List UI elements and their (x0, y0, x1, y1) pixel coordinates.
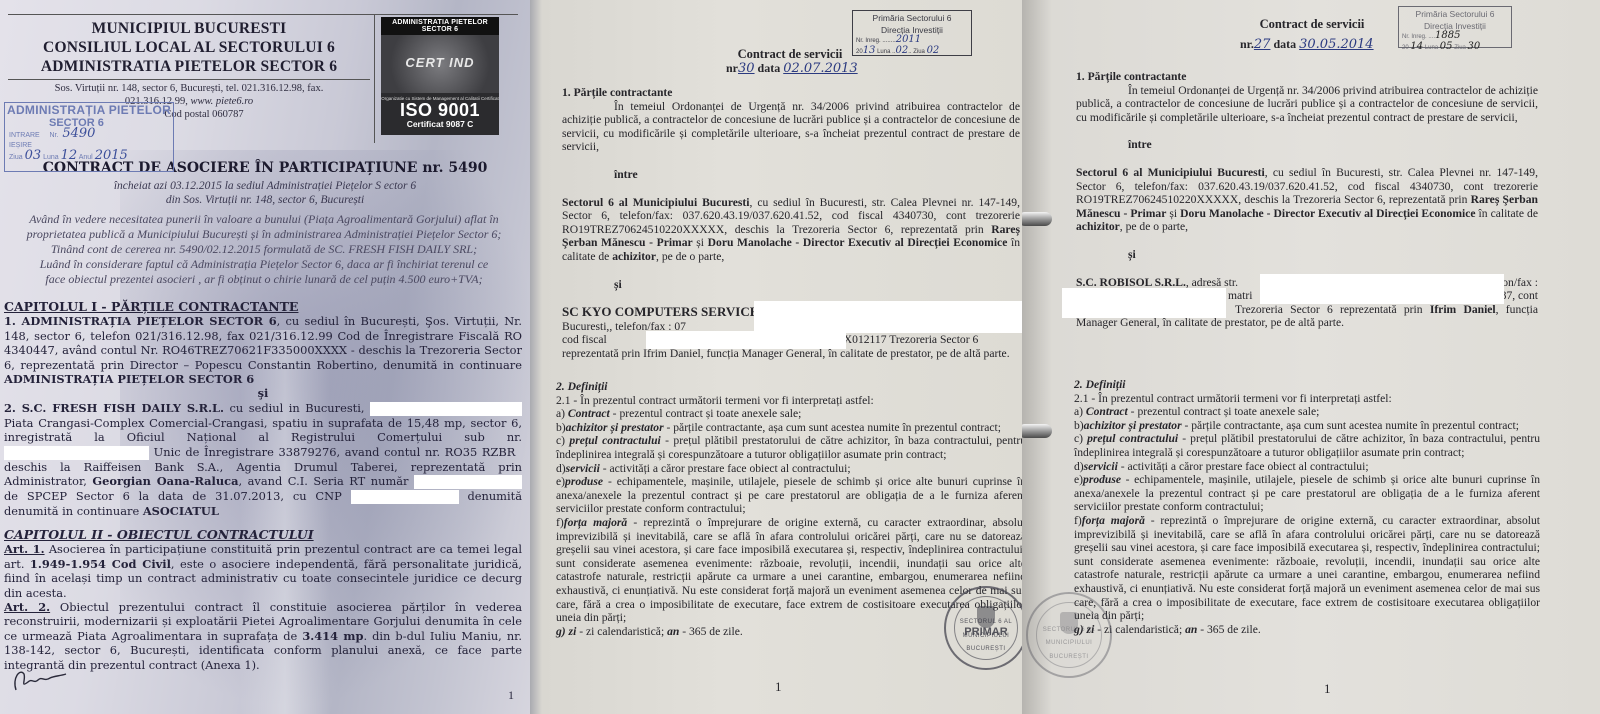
stamp-month-label: Luna (1425, 45, 1438, 51)
badge-standard: ISO 9001 (381, 101, 499, 119)
party-2-representative: Georgian Oana-Raluca (92, 474, 238, 488)
def-text: - 365 de zile. (679, 625, 742, 638)
stamp-year-prefix: 20 (856, 49, 863, 55)
date-label: data (758, 61, 781, 75)
contract-subtitle-place: din Sos. Virtuții nr. 148, sector 6, Buc… (0, 194, 530, 206)
redaction-bar (414, 475, 522, 489)
section-parties: 1. Părțile contractante În temeiul Ordon… (1076, 70, 1538, 330)
party-1-clause: Sectorul 6 al Municipiului Bucuresti, cu… (1076, 166, 1538, 234)
party-1-alias: ADMINISTRAȚIA PIEȚELOR SECTOR 6 (4, 372, 254, 386)
conjunction: şi (4, 386, 522, 400)
preamble-line: Luând în considerare faptul că Administr… (14, 257, 514, 272)
stamp-month-label: Luna (877, 49, 890, 55)
stamp-month: 12 (61, 148, 78, 163)
party-1-clause: Sectorul 6 al Municipiului Bucuresti, cu… (562, 196, 1020, 264)
binder-clip-icon (1022, 424, 1052, 438)
party-2-fiscal-label: cod fiscal (562, 333, 610, 346)
iso-certification-badge: ADMINISTRATIA PIETELOR SECTOR 6 CERT IND… (381, 17, 499, 135)
stamp-nr-label: Nr. Inreg. (1402, 34, 1427, 40)
def-text: - 365 de zile. (1197, 623, 1260, 636)
chapter-1: CAPITOLUL I - PĂRȚILE CONTRACTANTE 1. AD… (4, 300, 522, 518)
def-text: - părțile contractante, așa cum sunt ace… (664, 421, 1001, 434)
definition-item: d)servicii - activități a căror prestare… (1074, 460, 1540, 474)
stamp-line1: Primăria Sectorului 6 (1399, 7, 1511, 19)
def-prefix: e) (1074, 473, 1083, 486)
definition-item: e)produse - echipamentele, mașinile, uti… (556, 475, 1022, 516)
def-term: prețul contractului (1087, 432, 1178, 445)
stamp-day-label: Ziua (913, 49, 925, 55)
stamp-number: 5490 (62, 126, 95, 141)
spacer (520, 446, 522, 460)
def-text: - echipamentele, mașinile, utilajele, pi… (556, 475, 1022, 515)
stamp-in-label: INTRARE (9, 132, 40, 139)
def-prefix: e) (556, 475, 565, 488)
redaction-bar (370, 402, 522, 416)
stamp-year-prefix: 20 (1402, 45, 1409, 51)
party-1-name: Sectorul 6 al Municipiului Bucuresti (562, 196, 750, 209)
party-1-name: Sectorul 6 al Municipiului Bucuresti (1076, 166, 1265, 179)
page-number: 1 (508, 688, 514, 703)
civil-code-ref: 1.949-1.954 Cod Civil (30, 557, 171, 571)
def-term: achizitor și prestator (566, 421, 664, 434)
definition-item: b)achizitor și prestator - părțile contr… (556, 421, 1022, 435)
conjunction: și (1076, 248, 1538, 262)
def-text: - activități a căror prestare face obiec… (600, 462, 851, 475)
def-term: Contract (568, 407, 610, 420)
redaction-bar (646, 331, 846, 349)
date-value: 30.05.2014 (1299, 37, 1373, 52)
service-contract-27-page: Primăria Sectorului 6 Direcția Investiți… (1022, 0, 1600, 714)
area-value: 3.414 mp (302, 629, 363, 643)
preamble: În temeiul Ordonanței de Urgență nr. 34/… (562, 100, 1020, 154)
def-term: servicii (566, 462, 600, 475)
preamble-line: face obiectul prezentei asocieri , ar fi… (14, 272, 514, 287)
section-1-heading: 1. Părțile contractante (1076, 70, 1538, 84)
def-prefix: b) (556, 421, 566, 434)
contract-subtitle-date: încheiat azi 03.12.2015 la sediul Admini… (0, 180, 530, 192)
contract-number: nr30 data 02.07.2013 (726, 62, 858, 76)
article-2-label: Art. 2. (4, 600, 50, 614)
def-text: - echipamentele, mașinile, utilajele, pi… (1074, 473, 1540, 513)
party-2-details: Trezoreria Sector 6 reprezentată prin (1228, 303, 1430, 316)
redaction-bar (351, 490, 459, 504)
nr-value: 30 (738, 61, 755, 76)
address-line: Sos. Virtuții nr. 148, sector 6, Bucureș… (8, 82, 370, 95)
page-number: 1 (775, 680, 782, 694)
def-term: Contract (1086, 405, 1128, 418)
preamble-line: Tinând cont de cererea nr. 5490/02.12.20… (14, 242, 514, 257)
badge-org: ADMINISTRATIA PIETELOR SECTOR 6 (381, 17, 499, 35)
party-2-clause: S.C. ROBISOL S.R.L., adresă str. telefon… (1076, 276, 1538, 330)
section-1-heading: 1. Părțile contractante (562, 86, 1020, 100)
def-term: g) zi (556, 625, 576, 638)
section-2-heading: 2. Definiții (556, 380, 1022, 394)
article-1-label: Art. 1. (4, 542, 45, 556)
director-name: Doru Manolache - Director Executiv al Di… (708, 236, 1008, 249)
website-link: www. piete6.ro (190, 96, 253, 107)
def-prefix: f) (556, 516, 564, 529)
letterhead-line2: CONSILIUL LOCAL AL SECTORULUI 6 (8, 38, 370, 57)
def-term: prețul contractului (569, 434, 660, 447)
def-term: an (1185, 623, 1197, 636)
def-text: - părțile contractante, așa cum sunt ace… (1182, 419, 1519, 432)
chapter-1-heading: CAPITOLUL I - PĂRȚILE CONTRACTANTE (4, 300, 522, 314)
stamp-year: 2015 (95, 148, 128, 163)
party-1-name: 1. ADMINISTRAȚIA PIEȚELOR SECTOR 6 (4, 314, 277, 328)
nr-value: 27 (1254, 37, 1271, 52)
conjunction: și (1166, 207, 1180, 220)
article-2: Art. 2. Obiectul prezentului contract îl… (4, 600, 522, 672)
redaction-bar (754, 301, 1022, 333)
party-2-alias: ASOCIATUL (143, 504, 219, 518)
def-text: - prezentul contract și toate anexele sa… (610, 407, 802, 420)
preamble: Având în vedere necesitatea punerii în v… (14, 212, 514, 287)
definition-item: d)servicii - activități a căror prestare… (556, 462, 1022, 476)
stamp-line1: Primăria Sectorului 6 (853, 11, 971, 23)
badge-logo-text: CERT IND (381, 55, 499, 70)
section-2-heading: 2. Definiții (1074, 378, 1540, 392)
stamp-day: 02 (927, 45, 940, 56)
role-text: , pe de o parte, (1120, 220, 1188, 233)
def-prefix: a) (1074, 405, 1086, 418)
party-2-name: 2. S.C. FRESH FISH DAILY S.R.L. (4, 401, 224, 415)
stamp-month: 02 (895, 45, 908, 56)
def-term: forța majoră (564, 516, 627, 529)
stamp-year: 14 (1410, 41, 1423, 52)
definition-item: a) Contract - prezentul contract și toat… (1074, 405, 1540, 419)
party-2-details: cu sediul in Bucuresti, (224, 401, 370, 415)
stamp-nr-label: Nr. (49, 132, 58, 139)
section-definitions: 2. Definiții 2.1 - În prezentul contract… (556, 380, 1022, 638)
redaction-bar (4, 446, 149, 460)
letterhead-divider (8, 79, 370, 80)
stamp-number: 2011 (896, 34, 921, 45)
registry-stamp: Primăria Sectorului 6 Direcția Investiți… (852, 10, 972, 56)
party-1-role: achizitor (612, 250, 656, 263)
stamp-year-label: Anul (79, 154, 93, 161)
letterhead-line3: ADMINISTRATIA PIETELOR SECTOR 6 (8, 57, 370, 76)
definition-item: b)achizitor și prestator - părțile contr… (1074, 419, 1540, 433)
between-label: între (1076, 138, 1538, 152)
between-label: între (562, 168, 1020, 182)
party-2-clause: 2. S.C. FRESH FISH DAILY S.R.L. cu sediu… (4, 401, 522, 519)
faded-seal-icon: SECTORUL 6 AL MUNICIPIULUI BUCUREȘTI (1026, 592, 1112, 678)
date-label: data (1273, 37, 1296, 51)
association-contract-page: MUNICIPIUL BUCURESTI CONSILIUL LOCAL AL … (0, 0, 530, 714)
redaction-bar (1260, 274, 1504, 304)
definition-item: e)produse - echipamentele, mașinile, uti… (1074, 473, 1540, 514)
seal-ring-text: SECTORUL 6 AL MUNICIPIULUI BUCUREȘTI (946, 616, 1022, 657)
nr-label: nr (726, 61, 738, 75)
def-prefix: c) (556, 434, 569, 447)
contract-number: nr.27 data 30.05.2014 (1240, 38, 1374, 52)
stamp-year: 13 (863, 45, 876, 56)
def-prefix: f) (1074, 514, 1082, 527)
conjunction: și (562, 278, 1020, 292)
party-2-clause: SC KYO COMPUTERS SERVICE SRL, adresă Buc… (562, 305, 1020, 360)
badge-certificate: Certificat 9087 C (381, 119, 499, 129)
def-prefix: d) (556, 462, 566, 475)
letterhead-title: MUNICIPIUL BUCURESTI CONSILIUL LOCAL AL … (8, 15, 370, 76)
def-term: produse (1083, 473, 1121, 486)
registry-stamp: ADMINISTRAȚIA PIETELOR SECTOR 6 INTRARE … (4, 102, 174, 172)
section-parties: 1. Părțile contractante În temeiul Ordon… (562, 86, 1020, 361)
conjunction: și (693, 236, 708, 249)
stamp-day: 03 (25, 148, 42, 163)
article-1: Art. 1. Asocierea în participațiune cons… (4, 542, 522, 600)
party-2-details: Unic de Înregistrare 33879276, avand con… (149, 445, 520, 459)
chapter-2-heading: CAPITOLUL II - OBIECTUL CONTRACTULUI (4, 528, 522, 542)
director-name: Doru Manolache - Director Executiv al Di… (1180, 207, 1475, 220)
certind-logo-icon: CERT IND (381, 35, 499, 93)
party-2-details: Piata Crangasi-Complex Comercial-Crangas… (4, 416, 522, 444)
def-prefix: b) (1074, 419, 1084, 432)
chapter-2: CAPITOLUL II - OBIECTUL CONTRACTULUI Art… (4, 528, 522, 672)
def-term: achizitor și prestator (1084, 419, 1182, 432)
stamp-line1: ADMINISTRAȚIA PIETELOR (5, 103, 173, 117)
section-definitions: 2. Definiții 2.1 - În prezentul contract… (1074, 378, 1540, 636)
service-contract-30-page: Primăria Sectorului 6 Direcția Investiți… (530, 0, 1022, 714)
redaction-bar (1062, 288, 1226, 318)
stamp-day-label: Ziua (1454, 45, 1466, 51)
preamble-line: Având în vedere necesitatea punerii în v… (14, 212, 514, 227)
stamp-month-label: Luna (43, 154, 59, 161)
letterhead-line1: MUNICIPIUL BUCURESTI (8, 19, 370, 38)
definition-item: c) prețul contractului - prețul plătibil… (556, 434, 1022, 461)
registry-stamp: Primăria Sectorului 6 Direcția Investiți… (1398, 6, 1512, 48)
definition-item: f)forța majoră - reprezintă o împrejurar… (1074, 514, 1540, 623)
party-2-representative: Ifrim Daniel (1430, 303, 1496, 316)
stamp-nr-label: Nr. Inreg. (856, 38, 881, 44)
def-prefix: d) (1074, 460, 1084, 473)
def-text: - zi calendaristică; (576, 625, 667, 638)
party-2-details: , avand C.I. Seria RT număr (239, 474, 415, 488)
def-text: - reprezintă o împrejurare de origine ex… (1074, 514, 1540, 622)
def-text: - prezentul contract și toate anexele sa… (1128, 405, 1320, 418)
party-1-clause: 1. ADMINISTRAȚIA PIEȚELOR SECTOR 6, cu s… (4, 314, 522, 386)
definition-item: a) Contract - prezentul contract și toat… (556, 407, 1022, 421)
definitions-intro: 2.1 - În prezentul contract următorii te… (556, 394, 1022, 408)
def-term: an (667, 625, 679, 638)
def-prefix: c) (1074, 432, 1087, 445)
def-term: produse (565, 475, 603, 488)
definitions-intro: 2.1 - În prezentul contract următorii te… (1074, 392, 1540, 406)
stamp-day-label: Ziua (9, 154, 23, 161)
preamble: În temeiul Ordonanței de Urgență nr. 34/… (1076, 84, 1538, 125)
stamp-day: 30 (1468, 41, 1481, 52)
page-number: 1 (1324, 682, 1331, 696)
signature-icon (10, 664, 70, 694)
definition-item: g) zi - zi calendaristică; an - 365 de z… (1074, 623, 1540, 637)
party-1-role: achizitor (1076, 220, 1120, 233)
preamble-line: proprietatea publică a Municipiului Bucu… (14, 227, 514, 242)
def-prefix: a) (556, 407, 568, 420)
stamp-number: 1885 (1435, 30, 1460, 41)
party-2-details: de SPCEP Sector 6 la data de 31.07.2013,… (4, 489, 351, 503)
stamp-month: 05 (1440, 41, 1453, 52)
definition-item: c) prețul contractului - prețul plătibil… (1074, 432, 1540, 459)
role-text: în calitate de (1476, 207, 1538, 220)
nr-label: nr. (1240, 37, 1254, 51)
seal-ring-text: SECTORUL 6 AL MUNICIPIULUI BUCUREȘTI (1028, 624, 1110, 665)
def-term: forța majoră (1082, 514, 1145, 527)
mayor-seal-icon: PRIMAR SECTORUL 6 AL MUNICIPIULUI BUCURE… (944, 586, 1022, 670)
role-text: , pe de o parte, (656, 250, 724, 263)
binder-clip-icon (1022, 212, 1052, 226)
def-term: servicii (1084, 460, 1118, 473)
def-text: - activități a căror prestare face obiec… (1118, 460, 1369, 473)
date-value: 02.07.2013 (783, 61, 857, 76)
